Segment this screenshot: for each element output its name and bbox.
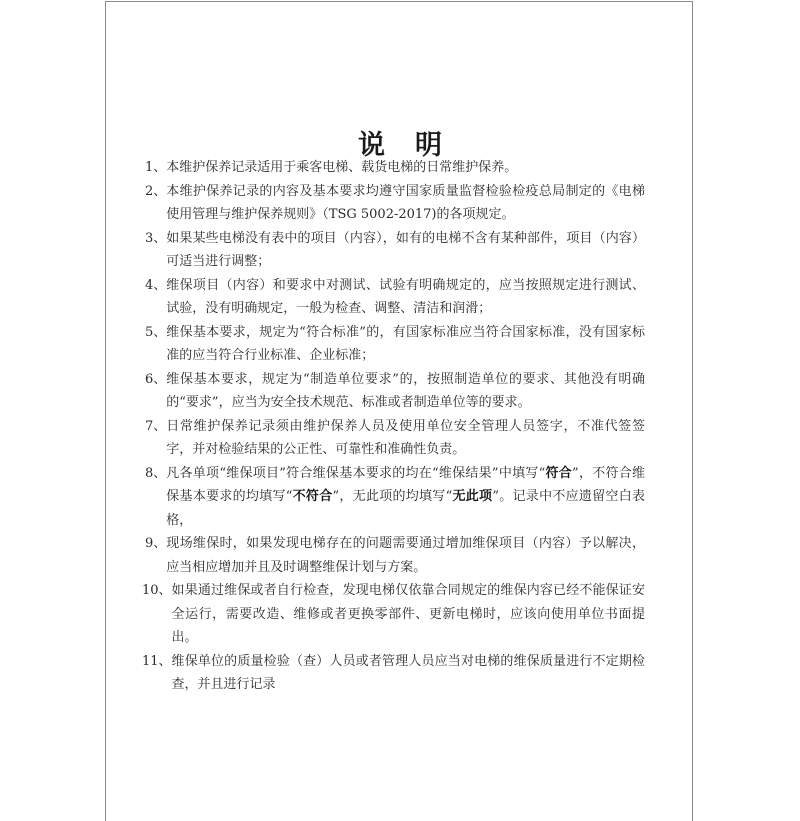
item-text: 如果某些电梯没有表中的项目（内容），如有的电梯不含有某种部件，项目（内容）可适当… bbox=[166, 227, 645, 274]
text-segment: 日常维护保养记录须由维护保养人员及使用单位安全管理人员签字，不准代签签字，并对检… bbox=[166, 419, 645, 458]
list-item: 3、 如果某些电梯没有表中的项目（内容），如有的电梯不含有某种部件，项目（内容）… bbox=[145, 227, 645, 274]
instructions-list: 1、 本维护保养记录适用于乘客电梯、载货电梯的日常维护保养。 2、 本维护保养记… bbox=[145, 156, 645, 697]
text-segment: 本维护保养记录适用于乘客电梯、载货电梯的日常维护保养。 bbox=[166, 160, 517, 175]
item-number: 11、 bbox=[142, 650, 172, 697]
list-item: 5、 维保基本要求，规定为“符合标准”的，有国家标准应当符合国家标准，没有国家标… bbox=[145, 321, 645, 368]
item-number: 2、 bbox=[145, 180, 166, 227]
item-number: 7、 bbox=[145, 415, 166, 462]
list-item: 2、 本维护保养记录的内容及基本要求均遵守国家质量监督检验检疫总局制定的《电梯使… bbox=[145, 180, 645, 227]
text-segment: 维保基本要求，规定为“符合标准”的，有国家标准应当符合国家标准，没有国家标准的应… bbox=[166, 325, 645, 364]
list-item: 1、 本维护保养记录适用于乘客电梯、载货电梯的日常维护保养。 bbox=[145, 156, 645, 180]
text-segment: 本维护保养记录的内容及基本要求均遵守国家质量监督检验检疫总局制定的《电梯使用管理… bbox=[166, 184, 645, 223]
text-segment: 现场维保时，如果发现电梯存在的问题需要通过增加维保项目（内容）予以解决，应当相应… bbox=[166, 536, 645, 575]
item-text: 维保基本要求，规定为“符合标准”的，有国家标准应当符合国家标准，没有国家标准的应… bbox=[166, 321, 645, 368]
text-segment: 如果通过维保或者自行检查，发现电梯仅依靠合同规定的维保内容已经不能保证安全运行，… bbox=[172, 583, 645, 645]
item-number: 1、 bbox=[145, 156, 166, 180]
bold-term-nonconforming: 不符合 bbox=[292, 489, 332, 504]
item-number: 8、 bbox=[145, 462, 166, 533]
item-text: 现场维保时，如果发现电梯存在的问题需要通过增加维保项目（内容）予以解决，应当相应… bbox=[166, 532, 645, 579]
list-item: 9、 现场维保时，如果发现电梯存在的问题需要通过增加维保项目（内容）予以解决，应… bbox=[145, 532, 645, 579]
list-item: 8、 凡各单项“维保项目”符合维保基本要求的均在“维保结果”中填写“符合”，不符… bbox=[145, 462, 645, 533]
list-item: 7、 日常维护保养记录须由维护保养人员及使用单位安全管理人员签字，不准代签签字，… bbox=[145, 415, 645, 462]
text-segment: 维保项目（内容）和要求中对测试、试验有明确规定的，应当按照规定进行测试、试验，没… bbox=[166, 278, 645, 317]
list-item: 4、 维保项目（内容）和要求中对测试、试验有明确规定的，应当按照规定进行测试、试… bbox=[145, 274, 645, 321]
item-text: 如果通过维保或者自行检查，发现电梯仅依靠合同规定的维保内容已经不能保证安全运行，… bbox=[172, 579, 645, 650]
text-segment: 如果某些电梯没有表中的项目（内容），如有的电梯不含有某种部件，项目（内容）可适当… bbox=[166, 231, 645, 270]
item-text: 维保基本要求，规定为“制造单位要求”的，按照制造单位的要求、其他没有明确的“要求… bbox=[166, 368, 645, 415]
item-text: 日常维护保养记录须由维护保养人员及使用单位安全管理人员签字，不准代签签字，并对检… bbox=[166, 415, 645, 462]
item-text: 维保项目（内容）和要求中对测试、试验有明确规定的，应当按照规定进行测试、试验，没… bbox=[166, 274, 645, 321]
item-number: 6、 bbox=[145, 368, 166, 415]
list-item: 11、 维保单位的质量检验（查）人员或者管理人员应当对电梯的维保质量进行不定期检… bbox=[145, 650, 645, 697]
list-item: 6、 维保基本要求，规定为“制造单位要求”的，按照制造单位的要求、其他没有明确的… bbox=[145, 368, 645, 415]
text-segment: 维保基本要求，规定为“制造单位要求”的，按照制造单位的要求、其他没有明确的“要求… bbox=[166, 372, 645, 411]
item-number: 9、 bbox=[145, 532, 166, 579]
item-text: 凡各单项“维保项目”符合维保基本要求的均在“维保结果”中填写“符合”，不符合维保… bbox=[166, 462, 645, 533]
item-text: 本维护保养记录适用于乘客电梯、载货电梯的日常维护保养。 bbox=[166, 156, 645, 180]
item-number: 10、 bbox=[142, 579, 172, 650]
item-text: 本维护保养记录的内容及基本要求均遵守国家质量监督检验检疫总局制定的《电梯使用管理… bbox=[166, 180, 645, 227]
bold-term-conforming: 符合 bbox=[545, 466, 572, 481]
item-number: 5、 bbox=[145, 321, 166, 368]
text-segment: 维保单位的质量检验（查）人员或者管理人员应当对电梯的维保质量进行不定期检查，并且… bbox=[172, 654, 645, 693]
bold-term-not-applicable: 无此项 bbox=[452, 489, 492, 504]
text-segment: ”，无此项的均填写“ bbox=[332, 489, 452, 504]
item-number: 4、 bbox=[145, 274, 166, 321]
text-segment: 凡各单项“维保项目”符合维保基本要求的均在“维保结果”中填写“ bbox=[166, 466, 545, 481]
item-text: 维保单位的质量检验（查）人员或者管理人员应当对电梯的维保质量进行不定期检查，并且… bbox=[172, 650, 645, 697]
item-number: 3、 bbox=[145, 227, 166, 274]
list-item: 10、 如果通过维保或者自行检查，发现电梯仅依靠合同规定的维保内容已经不能保证安… bbox=[145, 579, 645, 650]
